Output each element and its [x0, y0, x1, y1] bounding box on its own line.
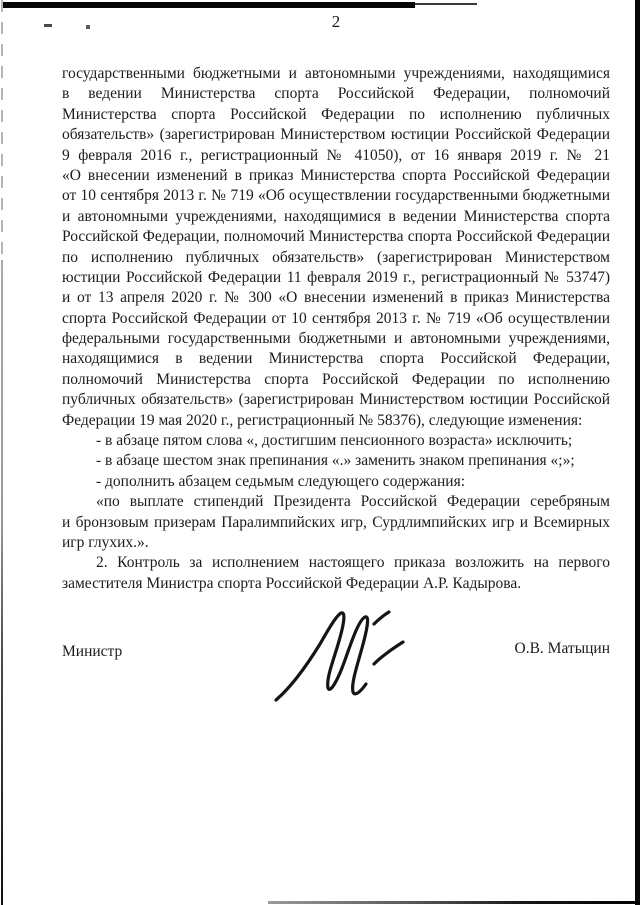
- signoff-name-label: О.В. Матыцин: [515, 640, 611, 658]
- document-line: Российской Федерации, полномочий Министе…: [62, 227, 610, 247]
- document-line: в ведении Министерства спорта Российской…: [62, 84, 610, 104]
- document-line: - дополнить абзацем седьмым следующего с…: [62, 472, 610, 492]
- scan-artifact-left-line-bottom: [1, 260, 3, 905]
- signature-icon: [262, 604, 412, 709]
- document-line: юстиции Российской Федерации 11 февраля …: [62, 268, 610, 288]
- document-line: государственными бюджетными и автономным…: [62, 64, 610, 84]
- document-line: - в абзаце пятом слова «, достигшим пенс…: [62, 431, 610, 451]
- scan-artifact-right-bar: [635, 0, 640, 905]
- document-line: заместителя Министра спорта Российской Ф…: [62, 574, 610, 594]
- scanned-document-page: 2 государственными бюджетными и автономн…: [0, 0, 640, 905]
- document-line: игр глухих.».: [62, 533, 610, 553]
- scan-artifact-left-line-top: [1, 0, 3, 260]
- scan-artifact-top-bar: [2, 2, 415, 8]
- document-line: и автономными учреждениями, находящимися…: [62, 207, 610, 227]
- document-line: обязательств» (зарегистрирован Министерс…: [62, 125, 610, 145]
- document-line: публичных обязательств» (зарегистрирован…: [62, 390, 610, 410]
- scan-speck-1: [44, 24, 52, 27]
- document-line: Федерации 19 мая 2020 г., регистрационны…: [62, 411, 610, 431]
- document-line: спорта Российской Федерации от 10 сентяб…: [62, 309, 610, 329]
- document-body: государственными бюджетными и автономным…: [62, 64, 610, 594]
- document-line: «О внесении изменений в приказ Министерс…: [62, 166, 610, 186]
- signoff-role-label: Министр: [62, 643, 122, 661]
- scan-artifact-bottom-line: [268, 901, 640, 904]
- document-line: Министерства спорта Российской Федерации…: [62, 105, 610, 125]
- minister-signature-scribble: [262, 604, 412, 709]
- document-line: по исполнению публичных обязательств» (з…: [62, 248, 610, 268]
- document-line: федеральными государственными бюджетными…: [62, 329, 610, 349]
- document-line: и от 13 апреля 2020 г. № 300 «О внесении…: [62, 288, 610, 308]
- document-line: от 10 сентября 2013 г. № 719 «Об осущест…: [62, 186, 610, 206]
- document-line: 2. Контроль за исполнением настоящего пр…: [62, 553, 610, 573]
- page-number: 2: [62, 12, 610, 32]
- document-line: 9 февраля 2016 г., регистрационный № 410…: [62, 146, 610, 166]
- document-line: полномочий Министерства спорта Российско…: [62, 370, 610, 390]
- document-line: - в абзаце шестом знак препинания «.» за…: [62, 451, 610, 471]
- document-line: и бронзовым призерам Паралимпийских игр,…: [62, 513, 610, 533]
- document-line: «по выплате стипендий Президента Российс…: [62, 492, 610, 512]
- scan-artifact-top-bar-thin: [415, 3, 477, 5]
- document-line: находящимися в ведении Министерства спор…: [62, 349, 610, 369]
